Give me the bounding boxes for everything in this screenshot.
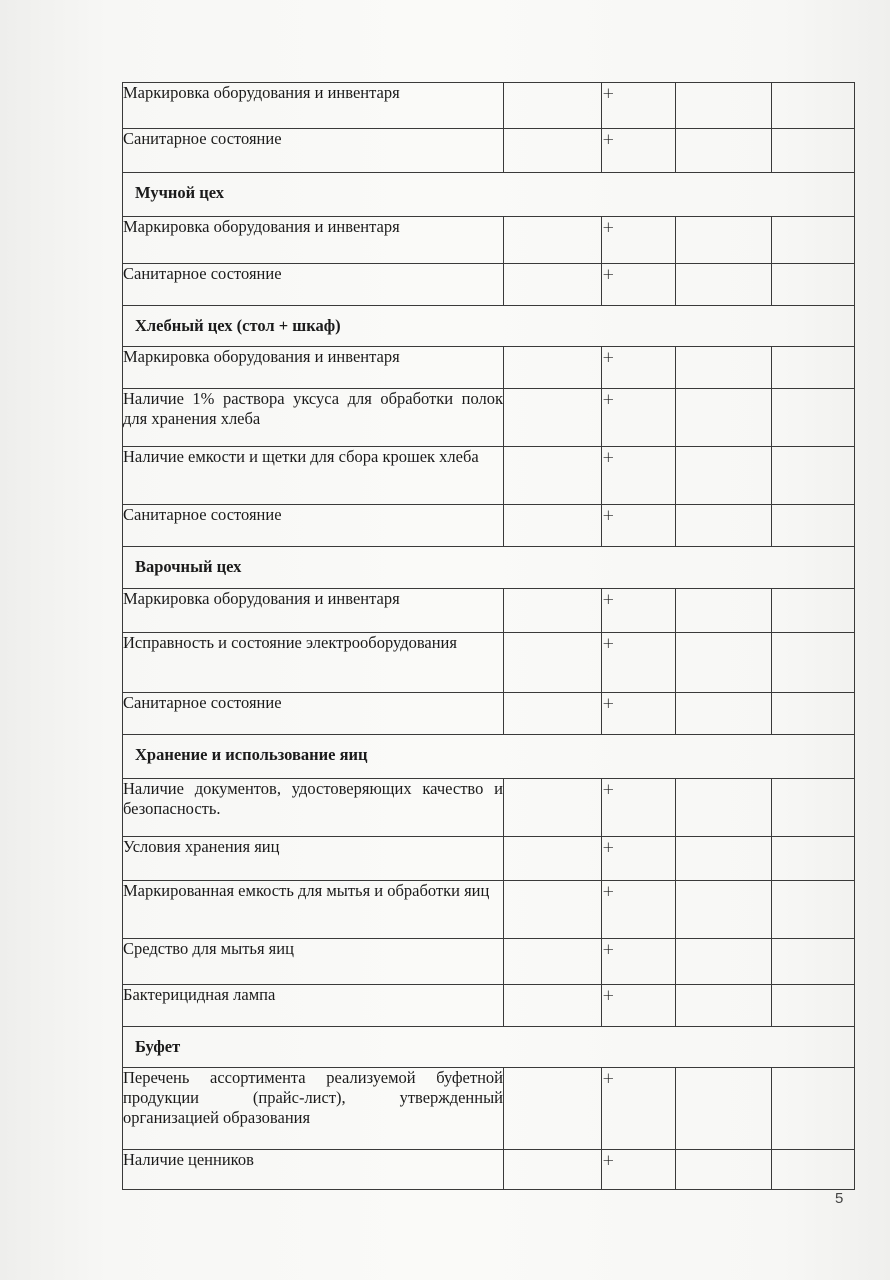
empty-cell <box>504 83 602 129</box>
empty-cell <box>772 1150 855 1190</box>
criterion-text: Санитарное состояние <box>123 505 504 547</box>
empty-cell <box>676 264 772 306</box>
plus-mark-cell: + <box>602 447 676 505</box>
criterion-text: Санитарное состояние <box>123 693 504 735</box>
plus-mark-cell: + <box>602 589 676 633</box>
empty-cell <box>676 1150 772 1190</box>
empty-cell <box>772 985 855 1027</box>
empty-cell <box>676 881 772 939</box>
empty-cell <box>772 347 855 389</box>
table-row: Бактерицидная лампа+ <box>123 985 855 1027</box>
empty-cell <box>676 633 772 693</box>
plus-mark-cell: + <box>602 83 676 129</box>
table-row: Наличие документов, удостоверяющих качес… <box>123 779 855 837</box>
plus-mark-cell: + <box>602 264 676 306</box>
empty-cell <box>676 1068 772 1150</box>
section-title: Мучной цех <box>123 173 855 217</box>
plus-mark-cell: + <box>602 985 676 1027</box>
table-row: Санитарное состояние+ <box>123 505 855 547</box>
criterion-text: Маркировка оборудования и инвентаря <box>123 217 504 264</box>
empty-cell <box>504 1150 602 1190</box>
empty-cell <box>504 347 602 389</box>
criterion-text: Исправность и состояние электрооборудова… <box>123 633 504 693</box>
empty-cell <box>504 389 602 447</box>
plus-mark-cell: + <box>602 505 676 547</box>
section-title: Хлебный цех (стол + шкаф) <box>123 306 855 347</box>
plus-mark-cell: + <box>602 837 676 881</box>
criterion-text: Маркировка оборудования и инвентаря <box>123 589 504 633</box>
plus-mark-cell: + <box>602 347 676 389</box>
empty-cell <box>504 837 602 881</box>
empty-cell <box>504 589 602 633</box>
table-row: Санитарное состояние+ <box>123 129 855 173</box>
section-header-row: Варочный цех <box>123 547 855 589</box>
criterion-text: Перечень ассортимента реализуемой буфетн… <box>123 1068 504 1150</box>
empty-cell <box>676 347 772 389</box>
empty-cell <box>772 693 855 735</box>
table-row: Маркировка оборудования и инвентаря+ <box>123 217 855 264</box>
criterion-text: Наличие ценников <box>123 1150 504 1190</box>
empty-cell <box>504 633 602 693</box>
empty-cell <box>676 389 772 447</box>
section-header-row: Буфет <box>123 1027 855 1068</box>
empty-cell <box>772 389 855 447</box>
empty-cell <box>772 779 855 837</box>
empty-cell <box>772 589 855 633</box>
criterion-text: Маркировка оборудования и инвентаря <box>123 347 504 389</box>
table-row: Маркировка оборудования и инвентаря+ <box>123 589 855 633</box>
empty-cell <box>504 129 602 173</box>
empty-cell <box>676 693 772 735</box>
criterion-text: Наличие 1% раствора уксуса для обработки… <box>123 389 504 447</box>
table-row: Наличие 1% раствора уксуса для обработки… <box>123 389 855 447</box>
empty-cell <box>504 939 602 985</box>
plus-mark-cell: + <box>602 881 676 939</box>
empty-cell <box>772 881 855 939</box>
criterion-text: Условия хранения яиц <box>123 837 504 881</box>
section-header-row: Мучной цех <box>123 173 855 217</box>
empty-cell <box>676 447 772 505</box>
empty-cell <box>772 264 855 306</box>
table-row: Наличие ценников+ <box>123 1150 855 1190</box>
empty-cell <box>772 129 855 173</box>
table-row: Санитарное состояние+ <box>123 264 855 306</box>
empty-cell <box>772 83 855 129</box>
table-row: Условия хранения яиц+ <box>123 837 855 881</box>
empty-cell <box>772 633 855 693</box>
table-row: Средство для мытья яиц+ <box>123 939 855 985</box>
empty-cell <box>772 1068 855 1150</box>
empty-cell <box>772 939 855 985</box>
table-row: Санитарное состояние+ <box>123 693 855 735</box>
empty-cell <box>676 589 772 633</box>
plus-mark-cell: + <box>602 633 676 693</box>
empty-cell <box>676 217 772 264</box>
empty-cell <box>504 693 602 735</box>
empty-cell <box>772 505 855 547</box>
empty-cell <box>504 1068 602 1150</box>
criterion-text: Санитарное состояние <box>123 129 504 173</box>
empty-cell <box>504 264 602 306</box>
section-title: Варочный цех <box>123 547 855 589</box>
table-row: Исправность и состояние электрооборудова… <box>123 633 855 693</box>
table-row: Маркировка оборудования и инвентаря+ <box>123 83 855 129</box>
criterion-text: Средство для мытья яиц <box>123 939 504 985</box>
plus-mark-cell: + <box>602 389 676 447</box>
empty-cell <box>676 939 772 985</box>
empty-cell <box>676 985 772 1027</box>
empty-cell <box>504 881 602 939</box>
criterion-text: Маркированная емкость для мытья и обрабо… <box>123 881 504 939</box>
plus-mark-cell: + <box>602 939 676 985</box>
empty-cell <box>504 779 602 837</box>
plus-mark-cell: + <box>602 1068 676 1150</box>
empty-cell <box>772 217 855 264</box>
empty-cell <box>504 985 602 1027</box>
section-title: Хранение и использование яиц <box>123 735 855 779</box>
section-title: Буфет <box>123 1027 855 1068</box>
plus-mark-cell: + <box>602 1150 676 1190</box>
inspection-checklist-table: Маркировка оборудования и инвентаря+Сани… <box>122 82 855 1190</box>
section-header-row: Хлебный цех (стол + шкаф) <box>123 306 855 347</box>
plus-mark-cell: + <box>602 779 676 837</box>
table-row: Наличие емкости и щетки для сбора крошек… <box>123 447 855 505</box>
table-row: Маркировка оборудования и инвентаря+ <box>123 347 855 389</box>
criterion-text: Бактерицидная лампа <box>123 985 504 1027</box>
criterion-text: Наличие документов, удостоверяющих качес… <box>123 779 504 837</box>
plus-mark-cell: + <box>602 693 676 735</box>
empty-cell <box>504 447 602 505</box>
table-row: Маркированная емкость для мытья и обрабо… <box>123 881 855 939</box>
empty-cell <box>772 447 855 505</box>
empty-cell <box>676 505 772 547</box>
empty-cell <box>504 217 602 264</box>
criterion-text: Наличие емкости и щетки для сбора крошек… <box>123 447 504 505</box>
empty-cell <box>676 83 772 129</box>
empty-cell <box>504 505 602 547</box>
empty-cell <box>772 837 855 881</box>
empty-cell <box>676 779 772 837</box>
criterion-text: Маркировка оборудования и инвентаря <box>123 83 504 129</box>
plus-mark-cell: + <box>602 217 676 264</box>
page-number: 5 <box>835 1190 843 1207</box>
empty-cell <box>676 129 772 173</box>
section-header-row: Хранение и использование яиц <box>123 735 855 779</box>
criterion-text: Санитарное состояние <box>123 264 504 306</box>
plus-mark-cell: + <box>602 129 676 173</box>
table-row: Перечень ассортимента реализуемой буфетн… <box>123 1068 855 1150</box>
empty-cell <box>676 837 772 881</box>
